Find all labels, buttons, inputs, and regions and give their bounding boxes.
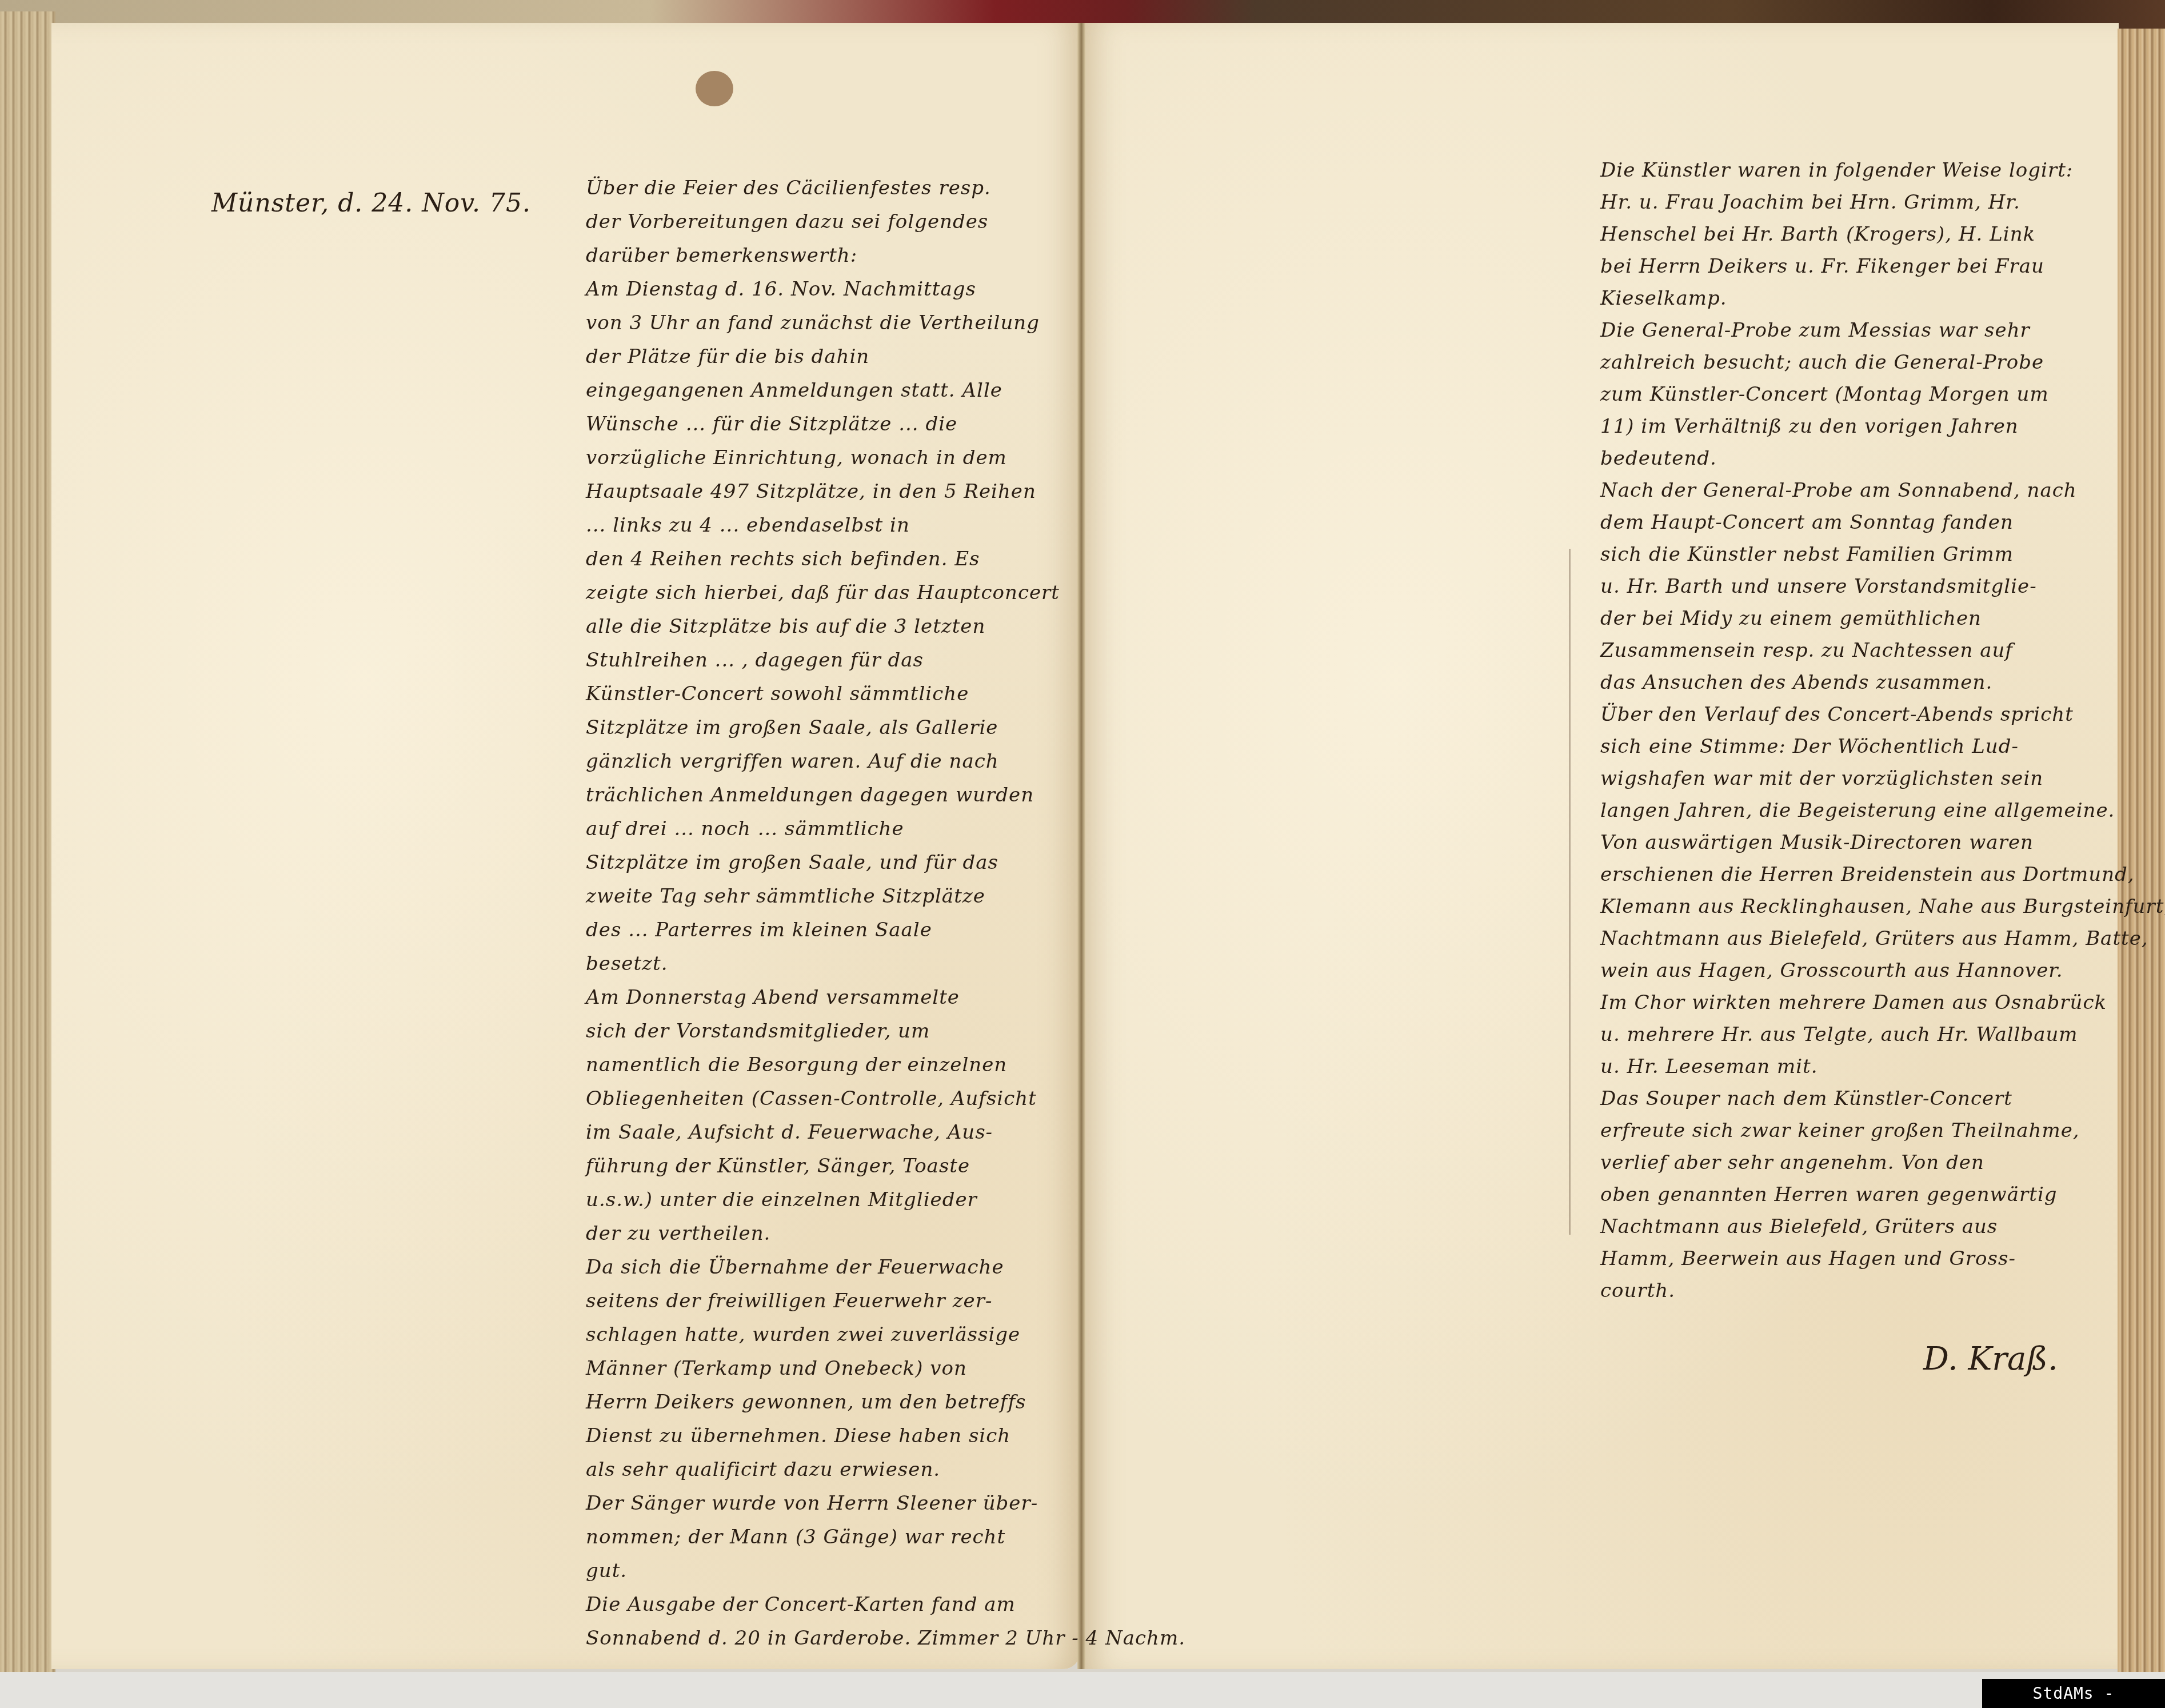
scanner-background-strip xyxy=(0,1672,2165,1708)
handwritten-line: bedeutend. xyxy=(1600,442,2103,474)
handwritten-line: Kieselkamp. xyxy=(1600,282,2103,314)
handwritten-line: Herrn Deikers gewonnen, um den betreffs xyxy=(586,1386,1066,1419)
handwritten-line: Von auswärtigen Musik-Directoren waren xyxy=(1600,827,2103,859)
handwritten-line: sich eine Stimme: Der Wöchentlich Lud- xyxy=(1600,731,2103,763)
handwritten-line: Der Sänger wurde von Herrn Sleener über- xyxy=(586,1487,1066,1521)
handwritten-line: eingegangenen Anmeldungen statt. Alle xyxy=(586,374,1066,408)
handwritten-line: u. Hr. Barth und unsere Vorstandsmitglie… xyxy=(1600,570,2103,602)
handwritten-line: zweite Tag sehr sämmtliche Sitzplätze xyxy=(586,880,1066,913)
handwritten-line: Dienst zu übernehmen. Diese haben sich xyxy=(586,1419,1066,1453)
handwritten-line: Sitzplätze im großen Saale, und für das xyxy=(586,846,1066,880)
page-block-right-edge xyxy=(2118,29,2165,1675)
handwritten-line: namentlich die Besorgung der einzelnen xyxy=(586,1048,1066,1082)
handwritten-line: Zusammensein resp. zu Nachtessen auf xyxy=(1600,634,2103,667)
handwritten-line: u. mehrere Hr. aus Telgte, auch Hr. Wall… xyxy=(1600,1019,2103,1051)
handwritten-line: besetzt. xyxy=(586,947,1066,981)
handwritten-line: schlagen hatte, wurden zwei zuverlässige xyxy=(586,1318,1066,1352)
handwritten-line: Hr. u. Frau Joachim bei Hrn. Grimm, Hr. xyxy=(1600,186,2103,218)
handwritten-line: zahlreich besucht; auch die General-Prob… xyxy=(1600,346,2103,378)
left-page-text-column: Über die Feier des Cäcilienfestes resp.d… xyxy=(586,171,1066,1655)
handwritten-line: sich die Künstler nebst Familien Grimm xyxy=(1600,538,2103,570)
handwritten-line: u. Hr. Leeseman mit. xyxy=(1600,1051,2103,1083)
handwritten-line: der Plätze für die bis dahin xyxy=(586,340,1066,374)
handwritten-line: gut. xyxy=(586,1554,1066,1588)
handwritten-line: Hauptsaale 497 Sitzplätze, in den 5 Reih… xyxy=(586,475,1066,509)
handwritten-line: Stuhlreihen ... , dagegen für das xyxy=(586,644,1066,677)
page-block-left-edge xyxy=(0,11,55,1681)
handwritten-line: der bei Midy zu einem gemüthlichen xyxy=(1600,602,2103,634)
handwritten-line: Im Chor wirkten mehrere Damen aus Osnabr… xyxy=(1600,987,2103,1019)
handwritten-line: Obliegenheiten (Cassen-Controlle, Aufsic… xyxy=(586,1082,1066,1116)
margin-pencil-line xyxy=(1569,549,1571,1235)
handwritten-line: Sonnabend d. 20 in Garderobe. Zimmer 2 U… xyxy=(586,1622,1066,1655)
handwritten-line: im Saale, Aufsicht d. Feuerwache, Aus- xyxy=(586,1116,1066,1150)
handwritten-line: auf drei ... noch ... sämmtliche xyxy=(586,812,1066,846)
handwritten-line: wein aus Hagen, Grosscourth aus Hannover… xyxy=(1600,955,2103,987)
handwritten-line: bei Herrn Deikers u. Fr. Fikenger bei Fr… xyxy=(1600,250,2103,282)
handwritten-line: Nachtmann aus Bielefeld, Grüters aus Ham… xyxy=(1600,923,2103,955)
handwritten-line: als sehr qualificirt dazu erwiesen. xyxy=(586,1453,1066,1487)
handwritten-line: gänzlich vergriffen waren. Auf die nach xyxy=(586,745,1066,779)
handwritten-line: Sitzplätze im großen Saale, als Gallerie xyxy=(586,711,1066,745)
handwritten-line: erschienen die Herren Breidenstein aus D… xyxy=(1600,859,2103,891)
handwritten-line: Das Souper nach dem Künstler-Concert xyxy=(1600,1083,2103,1115)
handwritten-line: zeigte sich hierbei, daß für das Hauptco… xyxy=(586,576,1066,610)
handwritten-line: Über die Feier des Cäcilienfestes resp. xyxy=(586,171,1066,205)
signature: D. Kraß. xyxy=(1923,1340,2058,1378)
handwritten-line: Am Donnerstag Abend versammelte xyxy=(586,981,1066,1015)
handwritten-line: oben genannten Herren waren gegenwärtig xyxy=(1600,1179,2103,1211)
handwritten-line: 11) im Verhältniß zu den vorigen Jahren xyxy=(1600,410,2103,442)
handwritten-line: führung der Künstler, Sänger, Toaste xyxy=(586,1150,1066,1183)
handwritten-line: Nach der General-Probe am Sonnabend, nac… xyxy=(1600,474,2103,506)
handwritten-line: ... links zu 4 ... ebendaselbst in xyxy=(586,509,1066,542)
handwritten-line: u.s.w.) unter die einzelnen Mitglieder xyxy=(586,1183,1066,1217)
handwritten-line: dem Haupt-Concert am Sonntag fanden xyxy=(1600,506,2103,538)
book-gutter xyxy=(1077,23,1085,1669)
handwritten-line: Henschel bei Hr. Barth (Krogers), H. Lin… xyxy=(1600,218,2103,250)
handwritten-line: der zu vertheilen. xyxy=(586,1217,1066,1251)
handwritten-line: vorzügliche Einrichtung, wonach in dem xyxy=(586,441,1066,475)
handwritten-line: sich der Vorstandsmitglieder, um xyxy=(586,1015,1066,1048)
handwritten-line: darüber bemerkenswerth: xyxy=(586,239,1066,273)
handwritten-line: der Vorbereitungen dazu sei folgendes xyxy=(586,205,1066,239)
handwritten-line: seitens der freiwilligen Feuerwehr zer- xyxy=(586,1284,1066,1318)
handwritten-line: Die General-Probe zum Messias war sehr xyxy=(1600,314,2103,346)
ink-stain-icon xyxy=(696,71,733,106)
handwritten-line: Die Ausgabe der Concert-Karten fand am xyxy=(586,1588,1066,1622)
handwritten-line: nommen; der Mann (3 Gänge) war recht xyxy=(586,1521,1066,1554)
handwritten-line: Die Künstler waren in folgender Weise lo… xyxy=(1600,154,2103,186)
handwritten-line: wigshafen war mit der vorzüglichsten sei… xyxy=(1600,763,2103,795)
handwritten-line: das Ansuchen des Abends zusammen. xyxy=(1600,667,2103,699)
handwritten-line: des ... Parterres im kleinen Saale xyxy=(586,913,1066,947)
handwritten-line: Wünsche ... für die Sitzplätze ... die xyxy=(586,408,1066,441)
archive-label: StdAMs - MV_002a_262 xyxy=(1982,1679,2165,1708)
handwritten-line: Künstler-Concert sowohl sämmtliche xyxy=(586,677,1066,711)
handwritten-line: Männer (Terkamp und Onebeck) von xyxy=(586,1352,1066,1386)
handwritten-line: Am Dienstag d. 16. Nov. Nachmittags xyxy=(586,273,1066,306)
handwritten-line: zum Künstler-Concert (Montag Morgen um xyxy=(1600,378,2103,410)
right-page-text-column: Die Künstler waren in folgender Weise lo… xyxy=(1600,154,2103,1307)
handwritten-line: Klemann aus Recklinghausen, Nahe aus Bur… xyxy=(1600,891,2103,923)
handwritten-line: alle die Sitzplätze bis auf die 3 letzte… xyxy=(586,610,1066,644)
handwritten-line: trächlichen Anmeldungen dagegen wurden xyxy=(586,779,1066,812)
handwritten-line: langen Jahren, die Begeisterung eine all… xyxy=(1600,795,2103,827)
handwritten-line: Hamm, Beerwein aus Hagen und Gross- xyxy=(1600,1243,2103,1275)
handwritten-line: erfreute sich zwar keiner großen Theilna… xyxy=(1600,1115,2103,1147)
handwritten-line: Über den Verlauf des Concert-Abends spri… xyxy=(1600,699,2103,731)
handwritten-line: Da sich die Übernahme der Feuerwache xyxy=(586,1251,1066,1284)
left-page-heading: Münster, d. 24. Nov. 75. xyxy=(211,189,531,218)
handwritten-line: courth. xyxy=(1600,1275,2103,1307)
handwritten-line: von 3 Uhr an fand zunächst die Vertheilu… xyxy=(586,306,1066,340)
handwritten-line: verlief aber sehr angenehm. Von den xyxy=(1600,1147,2103,1179)
handwritten-line: Nachtmann aus Bielefeld, Grüters aus xyxy=(1600,1211,2103,1243)
handwritten-line: den 4 Reihen rechts sich befinden. Es xyxy=(586,542,1066,576)
